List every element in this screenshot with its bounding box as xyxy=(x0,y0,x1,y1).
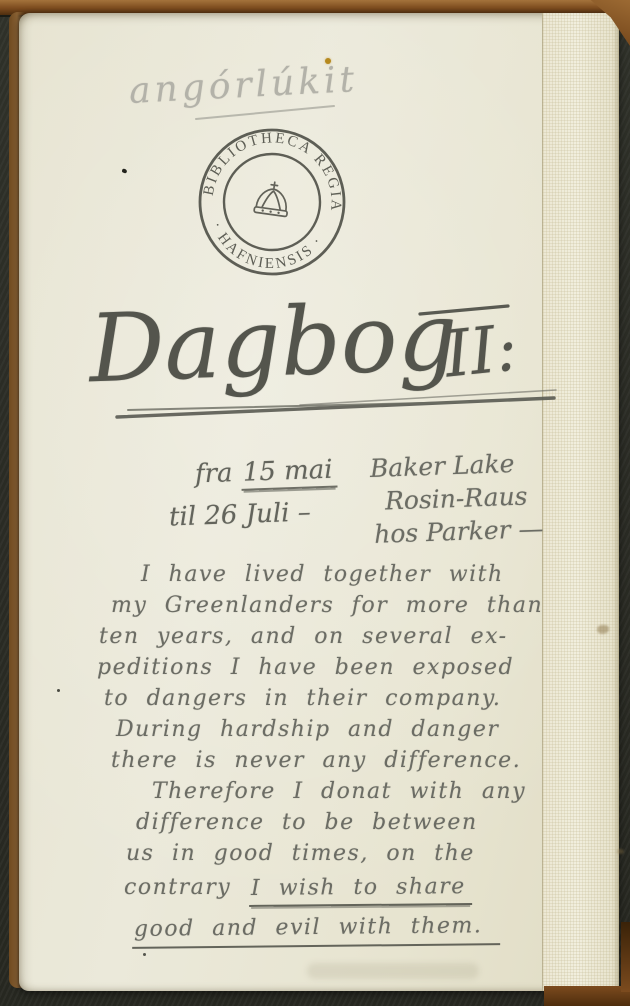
crown-icon xyxy=(254,180,291,217)
stain-speck xyxy=(143,953,146,956)
page-title-numeral: II: xyxy=(441,311,520,392)
diary-entry-text: I have lived together with my Greenlande… xyxy=(19,559,619,947)
handwritten-line-closing: contrary I wish to share xyxy=(19,872,619,906)
handwritten-line-final: good and evil with them. xyxy=(19,912,619,947)
handwritten-line: difference to be between xyxy=(19,807,619,838)
date-notes-column: Baker Lake Rosin-Raus hos Parker — xyxy=(369,446,544,551)
library-stamp: BIBLIOTHECA REGIA · HAFNIENSIS · xyxy=(194,124,350,280)
handwritten-line: my Greenlanders for more than xyxy=(19,590,619,621)
handwritten-line: to dangers in their company. xyxy=(19,683,619,714)
closing-underlined-phrase: I wish to share xyxy=(249,871,472,907)
leather-edge-right xyxy=(621,922,630,992)
ink-ghost-smudge xyxy=(307,963,479,979)
handwritten-line: there is never any difference. xyxy=(19,745,619,776)
handwritten-line: During hardship and danger xyxy=(19,714,619,745)
handwritten-line: us in good times, on the xyxy=(19,838,619,869)
handwritten-line: Therefore I donat with any xyxy=(19,776,619,807)
date-from-value: 15 mai xyxy=(240,455,337,491)
handwritten-line: ten years, and on several ex- xyxy=(19,621,619,652)
page-title: Dagbog xyxy=(87,283,459,405)
closing-prefix: contrary xyxy=(124,875,231,900)
date-note-line: hos Parker — xyxy=(372,512,544,551)
stain-speck xyxy=(121,168,127,173)
diary-paper-page: angórlúkit BIBLIOTHECA REGIA · HAFNIENSI… xyxy=(19,13,619,991)
diary-page-photo: angórlúkit BIBLIOTHECA REGIA · HAFNIENSI… xyxy=(0,0,630,1006)
leather-corner-bottom-right xyxy=(544,986,630,1006)
date-from-prefix: fra xyxy=(194,458,233,489)
handwritten-line: I have lived together with xyxy=(19,559,619,590)
date-from-line: fra 15 mai xyxy=(194,455,337,493)
handwritten-line: peditions I have been exposed xyxy=(19,652,619,683)
final-underlined-phrase: good and evil with them. xyxy=(132,910,501,949)
date-to-line: til 26 Juli – xyxy=(169,498,312,533)
faint-inscription: angórlúkit xyxy=(128,59,359,112)
